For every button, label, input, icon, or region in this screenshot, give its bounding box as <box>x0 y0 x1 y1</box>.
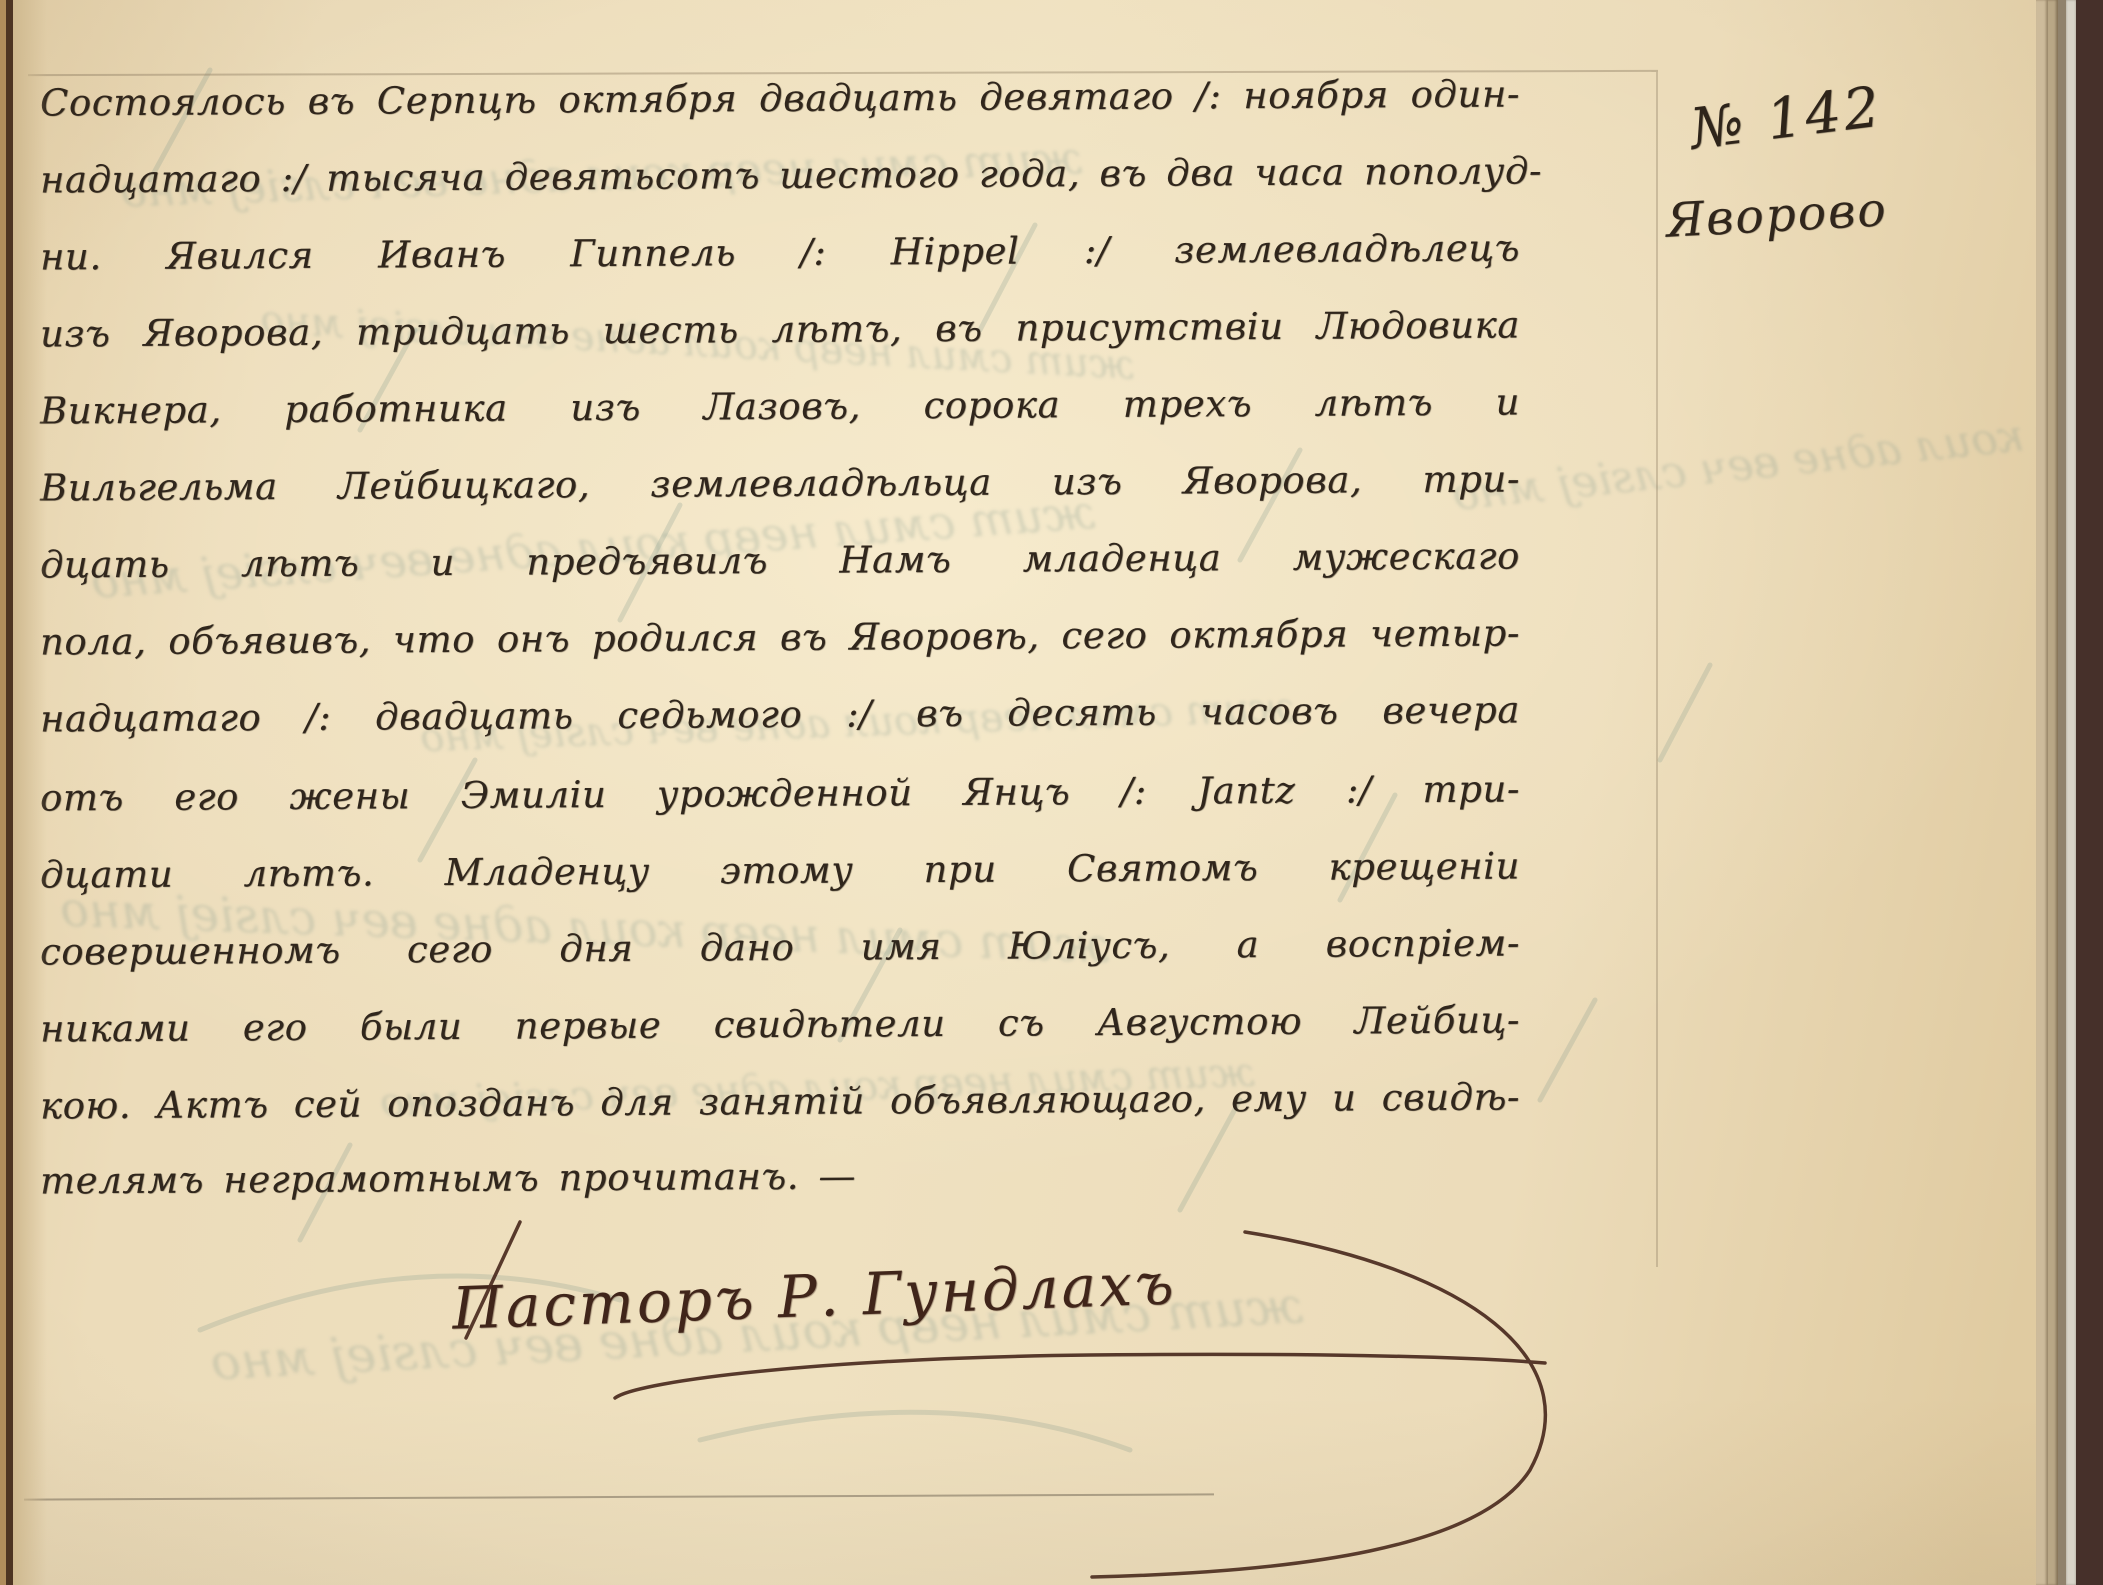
page-edge-strip <box>2058 0 2066 1585</box>
handwritten-line: никами его были первые свидѣтели съ Авгу… <box>40 1001 1520 1047</box>
page-edge-strip <box>2036 0 2048 1585</box>
handwritten-line: кою. Актъ сей опозданъ для занятій объяв… <box>40 1078 1520 1124</box>
bleedthrough-ghost-line: жит смил невр коил адне веч слsiej мно <box>1450 370 2103 521</box>
book-cover-edge <box>2076 0 2103 1585</box>
register-column-rule <box>1656 72 1658 1267</box>
handwritten-line: надцатаго :/ тысяча девятьсотъ шестого г… <box>40 152 1520 198</box>
act-number-margin-note: № 142 <box>1687 75 1886 163</box>
handwritten-line: ни. Явился Иванъ Гиппель /: Hippel :/ зе… <box>40 229 1520 275</box>
handwritten-line: телямъ неграмотнымъ прочитанъ. — <box>40 1158 856 1200</box>
handwritten-line: Викнера, работника изъ Лазовъ, сорока тр… <box>40 383 1520 429</box>
page-edge-strip <box>2066 0 2076 1585</box>
handwritten-line: Вильгельма Лейбицкаго, землевладѣльца из… <box>40 460 1520 506</box>
handwritten-line: отъ его жены Эмиліи урожденной Янцъ /: J… <box>40 770 1520 816</box>
book-spine-line <box>6 0 13 1585</box>
scanned-register-page: жит смил невр коил адне веч слsiej мно ж… <box>0 0 2103 1585</box>
page-edge-strip <box>2048 0 2058 1585</box>
village-margin-note: Яворово <box>1665 182 1889 249</box>
pencil-guideline <box>24 1493 1214 1500</box>
handwritten-line: совершенномъ сего дня дано имя Юліусъ, а… <box>40 924 1520 970</box>
page-curve-shadow <box>13 0 47 1585</box>
handwritten-line: изъ Яворова, тридцать шесть лѣтъ, въ при… <box>40 306 1520 352</box>
handwritten-line: Состоялось въ Серпцѣ октября двадцать де… <box>40 75 1520 121</box>
handwritten-line: пола, объявивъ, что онъ родился въ Яворо… <box>40 614 1520 660</box>
pastor-signature: Пасторъ Р. Гундлахъ <box>451 1249 1178 1342</box>
handwritten-line: дцати лѣтъ. Младенцу этому при Святомъ к… <box>40 847 1520 893</box>
handwritten-line: дцать лѣтъ и предъявилъ Намъ младенца му… <box>40 537 1520 583</box>
paper-sheet: жит смил невр коил адне веч слsiej мно ж… <box>0 0 2040 1585</box>
handwritten-line: надцатаго /: двадцать седьмого :/ въ дес… <box>40 691 1520 737</box>
